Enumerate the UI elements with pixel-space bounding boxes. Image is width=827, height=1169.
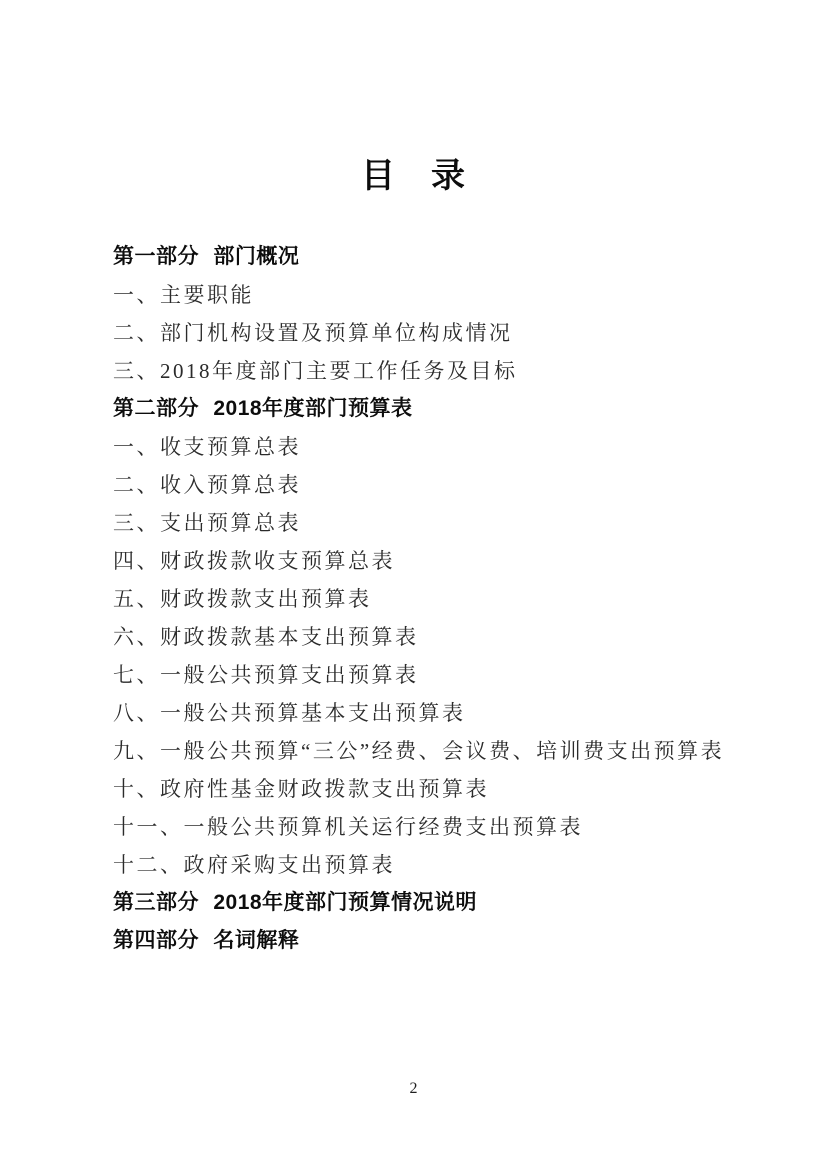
toc-entry: 一、收支预算总表 [113, 428, 787, 466]
toc-entry: 三、2018年度部门主要工作任务及目标 [113, 352, 787, 390]
toc-entry: 一、主要职能 [113, 276, 787, 314]
toc-entry: 二、部门机构设置及预算单位构成情况 [113, 314, 787, 352]
toc-entry: 六、财政拨款基本支出预算表 [113, 618, 787, 656]
toc-section-heading: 第四部分 名词解释 [113, 922, 787, 960]
document-page: 目 录 第一部分 部门概况 一、主要职能 二、部门机构设置及预算单位构成情况 三… [0, 0, 827, 1169]
table-of-contents: 第一部分 部门概况 一、主要职能 二、部门机构设置及预算单位构成情况 三、201… [113, 238, 787, 960]
toc-entry: 四、财政拨款收支预算总表 [113, 542, 787, 580]
toc-section-heading: 第三部分 2018年度部门预算情况说明 [113, 884, 787, 922]
toc-entry: 五、财政拨款支出预算表 [113, 580, 787, 618]
toc-section-heading: 第一部分 部门概况 [113, 238, 787, 276]
toc-entry: 十二、政府采购支出预算表 [113, 846, 787, 884]
toc-entry: 十、政府性基金财政拨款支出预算表 [113, 770, 787, 808]
toc-section-heading: 第二部分 2018年度部门预算表 [113, 390, 787, 428]
toc-entry: 九、一般公共预算“三公”经费、会议费、培训费支出预算表 [113, 732, 787, 770]
toc-entry: 三、支出预算总表 [113, 504, 787, 542]
toc-entry: 七、一般公共预算支出预算表 [113, 656, 787, 694]
toc-entry: 八、一般公共预算基本支出预算表 [113, 694, 787, 732]
page-number: 2 [0, 1079, 827, 1098]
page-title: 目 录 [0, 156, 827, 199]
toc-entry: 十一、一般公共预算机关运行经费支出预算表 [113, 808, 787, 846]
toc-entry: 二、收入预算总表 [113, 466, 787, 504]
